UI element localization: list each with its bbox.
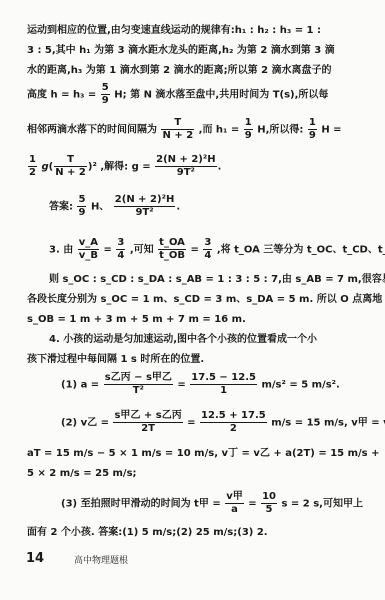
answer-line: 答案: 59 H、 2(N + 2)²H9T². bbox=[49, 194, 180, 219]
question-3: 3. 由 v_Av_B = 34 ,可知 t_OAt_OB = 34 ,将 t_… bbox=[49, 237, 385, 262]
text-line: 相邻两滴水落下的时间间隔为 TN + 2 ,而 h₁ = 19 H,所以得: 1… bbox=[27, 117, 342, 142]
text-line: 5 × 2 m/s = 25 m/s; bbox=[27, 467, 137, 481]
text-line: aT = 15 m/s − 5 × 1 m/s = 10 m/s, v丁 = v… bbox=[27, 447, 380, 461]
text-line: 3 : 5,其中 h₁ 为第 3 滴水距水龙头的距离,h₂ 为第 2 滴水到第 … bbox=[27, 44, 335, 58]
question-4: 4. 小孩的运动是匀加速运动,图中各个小孩的位置看成一个小 bbox=[49, 333, 317, 347]
text-line: 各段长度分别为 s_OC = 1 m、s_CD = 3 m、s_DA = 5 m… bbox=[27, 293, 382, 307]
text-line: s_OB = 1 m + 3 m + 5 m + 7 m = 16 m. bbox=[27, 313, 246, 327]
text-line: 运动到相应的位置,由匀变速直线运动的规律有:h₁ : h₂ : h₃ = 1 : bbox=[27, 24, 321, 38]
text-line: (2) v乙 = s甲乙 + s乙丙2T = 12.5 + 17.52 m/s … bbox=[61, 410, 385, 435]
text-line: 高度 h = h₃ = 59 H; 第 N 滴水落至盘中,共用时间为 T(s),… bbox=[27, 82, 328, 107]
fraction: 59 bbox=[101, 82, 110, 107]
text-line: 则 s_OC : s_CD : s_DA : s_AB = 1 : 3 : 5 … bbox=[49, 273, 385, 287]
page-number: 14 bbox=[26, 551, 44, 566]
text-line: 面有 2 个小孩. 答案:(1) 5 m/s;(2) 25 m/s;(3) 2. bbox=[27, 526, 268, 540]
text-line: (3) 至拍照时甲滑动的时间为 t甲 = v甲a = 105 s = 2 s,可… bbox=[61, 491, 363, 516]
text-line: 12 g(TN + 2)² ,解得: g = 2(N + 2)²H9T². bbox=[27, 154, 221, 179]
text-line: 水的距离,h₃ 为第 1 滴水到第 2 滴水的距离;所以第 2 滴水离盘子的 bbox=[27, 64, 332, 78]
book-title: 高中物理题根 bbox=[74, 553, 128, 566]
text-line: 孩下滑过程中每间隔 1 s 时所在的位置. bbox=[27, 353, 204, 367]
text-line: (1) a = s乙丙 − s甲乙T² = 17.5 − 12.51 m/s² … bbox=[61, 372, 340, 397]
